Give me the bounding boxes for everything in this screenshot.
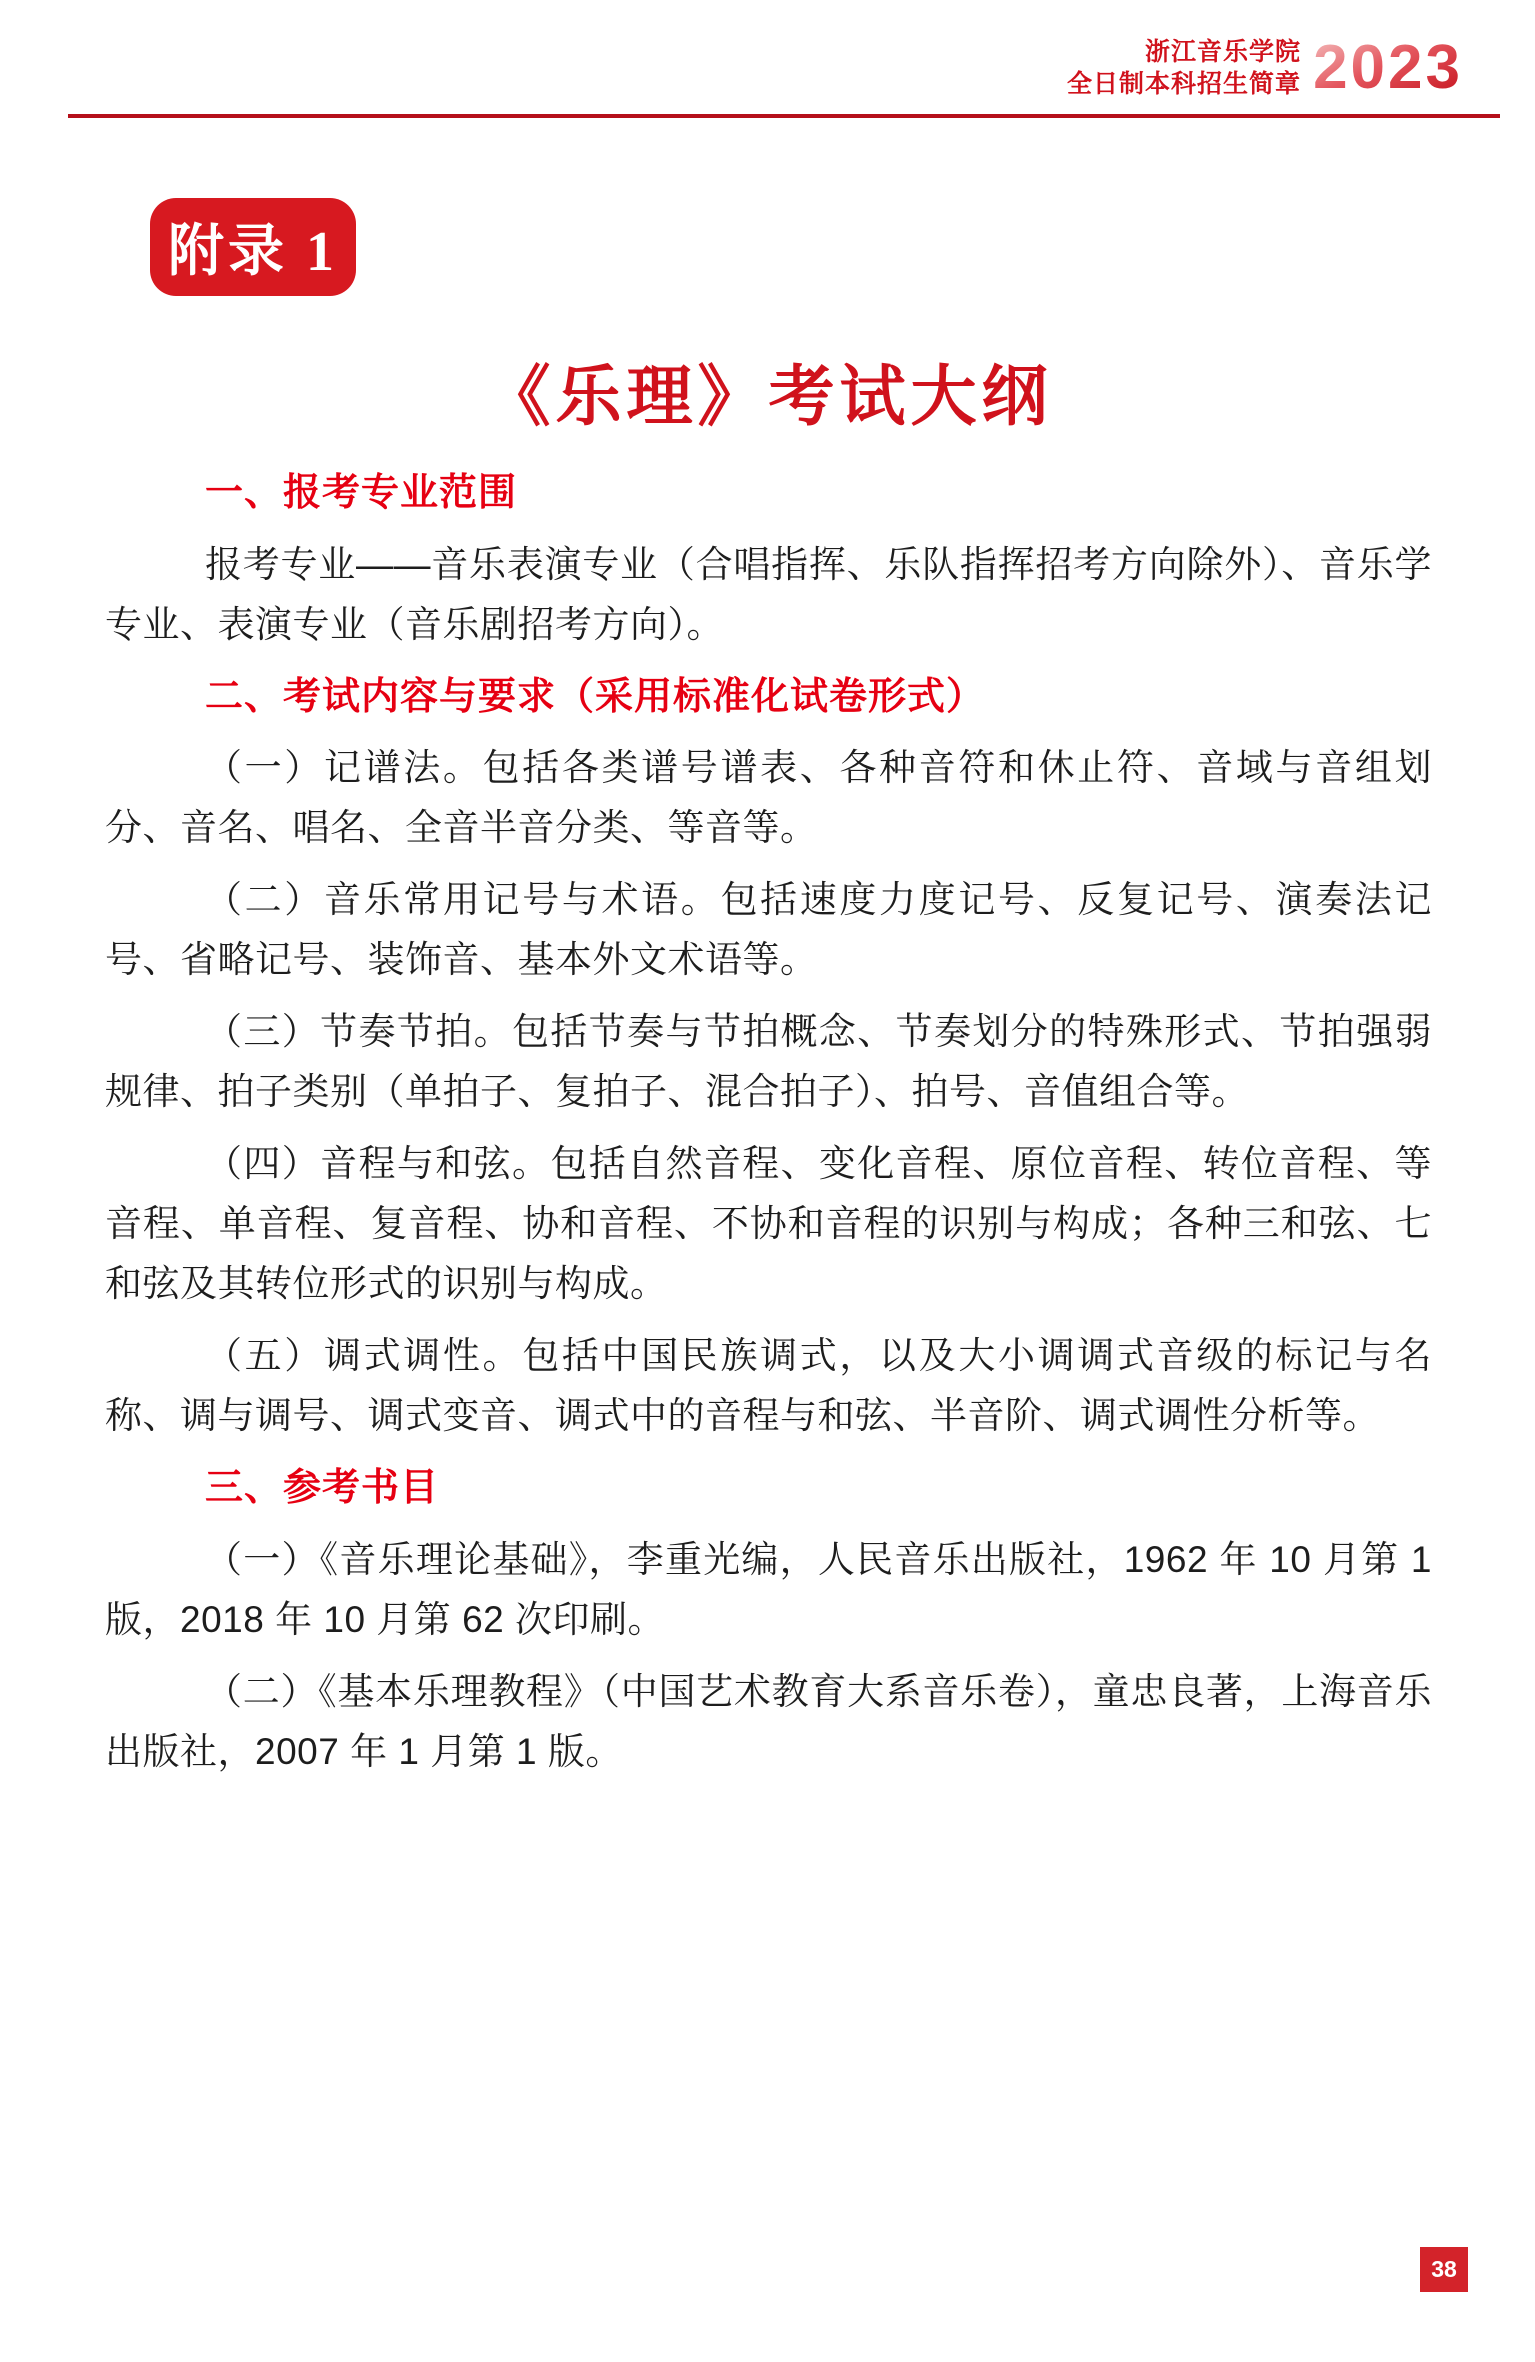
section-heading: 三、参考书目 [205, 1466, 1432, 1512]
paragraph: 报考专业——音乐表演专业（合唱指挥、乐队指挥招考方向除外）、音乐学专业、表演专业… [105, 535, 1432, 655]
section-heading: 二、考试内容与要求（采用标准化试卷形式） [205, 675, 1432, 721]
document-body: 一、报考专业范围 报考专业——音乐表演专业（合唱指挥、乐队指挥招考方向除外）、音… [105, 471, 1432, 1782]
document-section: 一、报考专业范围 报考专业——音乐表演专业（合唱指挥、乐队指挥招考方向除外）、音… [105, 471, 1432, 655]
document-section: 二、考试内容与要求（采用标准化试卷形式） （一）记谱法。包括各类谱号谱表、各种音… [105, 675, 1432, 1447]
section-heading: 一、报考专业范围 [205, 471, 1432, 517]
brochure-subtitle: 全日制本科招生简章 [1067, 68, 1301, 100]
paragraph: （一）《音乐理论基础》，李重光编，人民音乐出版社，1962 年 10 月第 1 … [105, 1530, 1432, 1650]
paragraph: （五）调式调性。包括中国民族调式，以及大小调调式音级的标记与名称、调与调号、调式… [105, 1326, 1432, 1446]
paragraph: （二）《基本乐理教程》（中国艺术教育大系音乐卷），童忠良著，上海音乐出版社，20… [105, 1662, 1432, 1782]
document-content: 附录 1 《乐理》考试大纲 一、报考专业范围 报考专业——音乐表演专业（合唱指挥… [0, 198, 1535, 1794]
page-title: 《乐理》考试大纲 [105, 358, 1432, 437]
header-rule [68, 114, 1500, 118]
document-page: 浙江音乐学院 全日制本科招生简章 2023 附录 1 《乐理》考试大纲 一、报考… [0, 0, 1535, 2362]
page-number-badge: 38 [1420, 2247, 1468, 2292]
document-section: 三、参考书目 （一）《音乐理论基础》，李重光编，人民音乐出版社，1962 年 1… [105, 1466, 1432, 1782]
paragraph: （三）节奏节拍。包括节奏与节拍概念、节奏划分的特殊形式、节拍强弱规律、拍子类别（… [105, 1002, 1432, 1122]
year-badge: 2023 [1313, 37, 1463, 99]
paragraph: （一）记谱法。包括各类谱号谱表、各种音符和休止符、音域与音组划分、音名、唱名、全… [105, 738, 1432, 858]
org-name-block: 浙江音乐学院 全日制本科招生简章 [1067, 36, 1301, 100]
paragraph: （二）音乐常用记号与术语。包括速度力度记号、反复记号、演奏法记号、省略记号、装饰… [105, 870, 1432, 990]
paragraph: （四）音程与和弦。包括自然音程、变化音程、原位音程、转位音程、等音程、单音程、复… [105, 1134, 1432, 1314]
appendix-badge: 附录 1 [150, 198, 356, 296]
page-header: 浙江音乐学院 全日制本科招生简章 2023 [1067, 36, 1463, 100]
org-name: 浙江音乐学院 [1067, 36, 1301, 68]
